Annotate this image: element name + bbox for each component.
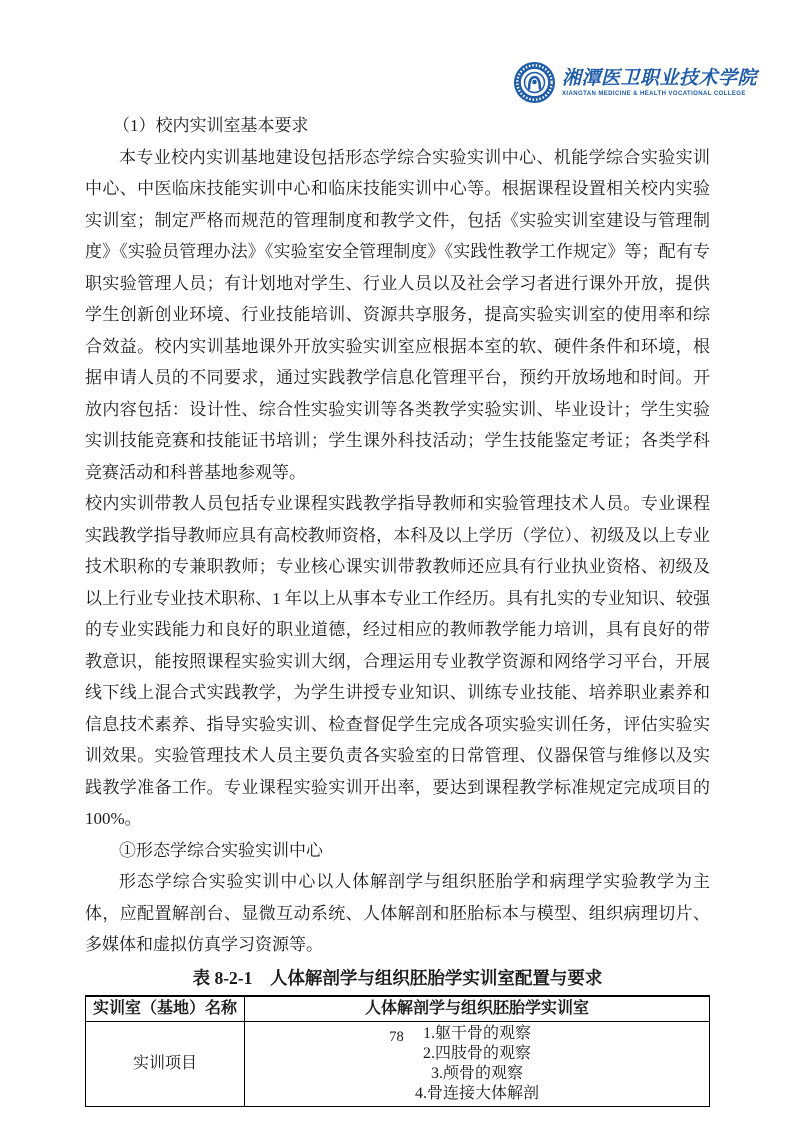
page-number: 78 (0, 1028, 793, 1046)
document-body: （1）校内实训室基本要求 本专业校内实训基地建设包括形态学综合实验实训中心、机能… (85, 110, 710, 1107)
project-item: 4.骨连接大体解剖 (249, 1084, 705, 1104)
table-caption: 表 8-2-1 人体解剖学与组织胚胎学实训室配置与要求 (85, 966, 710, 991)
project-item: 2.四肢骨的观察 (249, 1044, 705, 1064)
paragraph-training-instructors: 校内实训带教人员包括专业课程实践教学指导教师和实验管理技术人员。专业课程实践教学… (85, 488, 710, 835)
subsection-heading-morphology-center: ①形态学综合实验实训中心 (85, 835, 710, 867)
paragraph-morphology-center-description: 形态学综合实验实训中心以人体解剖学与组织胚胎学和病理学实验教学为主体，应配置解剖… (85, 866, 710, 961)
college-logo: 湘潭医卫职业技术学院 XIANGTAN MEDICINE & HEALTH VO… (513, 61, 757, 104)
training-room-config-table: 实训室（基地）名称 人体解剖学与组织胚胎学实训室 实训项目 1.躯干骨的观察 2… (85, 995, 710, 1107)
college-emblem-icon (513, 61, 556, 104)
table-header-room-name: 实训室（基地）名称 (86, 996, 245, 1022)
project-item: 3.颅骨的观察 (249, 1064, 705, 1084)
college-name-english: XIANGTAN MEDICINE & HEALTH VOCATIONAL CO… (562, 90, 757, 98)
paragraph-training-base-construction: 本专业校内实训基地建设包括形态学综合实验实训中心、机能学综合实验实训中心、中医临… (85, 142, 710, 489)
document-page: 湘潭医卫职业技术学院 XIANGTAN MEDICINE & HEALTH VO… (0, 0, 793, 1122)
section-heading-campus-training-rooms: （1）校内实训室基本要求 (85, 110, 710, 142)
table-header-room-title: 人体解剖学与组织胚胎学实训室 (245, 996, 710, 1022)
college-name-chinese: 湘潭医卫职业技术学院 (562, 68, 757, 90)
table-header-row: 实训室（基地）名称 人体解剖学与组织胚胎学实训室 (86, 996, 710, 1022)
college-logo-text: 湘潭医卫职业技术学院 XIANGTAN MEDICINE & HEALTH VO… (562, 68, 757, 98)
